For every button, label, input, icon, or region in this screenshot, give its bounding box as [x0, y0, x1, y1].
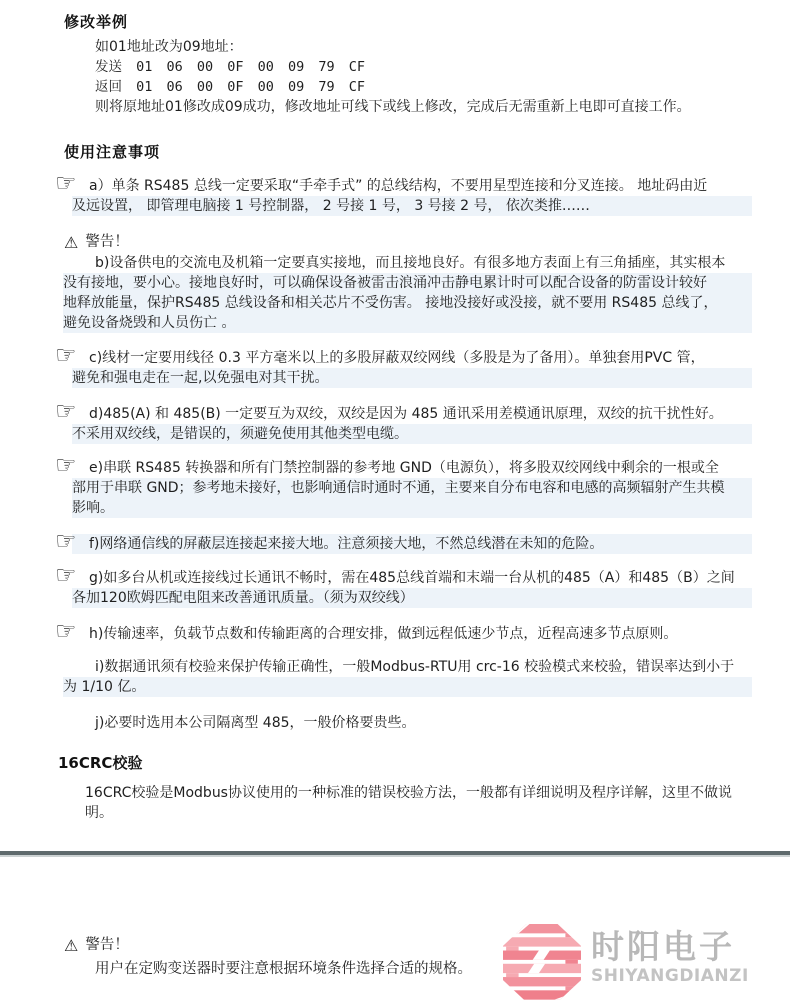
- paragraph-line: 避免和强电走在一起,以免强电对其干扰。: [72, 368, 752, 388]
- section-title-modify-example: 修改举例: [64, 12, 790, 32]
- paragraph-line: 部用于串联 GND；参考地未接好，也影响通信时通时不通，主要来自分布电容和电感的…: [72, 478, 752, 498]
- note-item-c: ☞ c)线材一定要用线径 0.3 平方毫米以上的多股屏蔽双绞网线（多股是为了备用…: [72, 348, 752, 388]
- pointing-hand-icon: ☞: [55, 620, 77, 642]
- paragraph-line: c)线材一定要用线径 0.3 平方毫米以上的多股屏蔽双绞网线（多股是为了备用）。…: [72, 348, 752, 368]
- paragraph-line: 没有接地，要小心。接地良好时，可以确保设备被雷击浪涌冲击静电累计时可以配合设备的…: [63, 273, 752, 293]
- note-item-f: ☞ f)网络通信线的屏蔽层连接起来接大地。注意须接大地，不然总线潜在未知的危险。: [72, 534, 752, 554]
- pointing-hand-icon: ☞: [55, 400, 77, 422]
- note-item-h: ☞ h)传输速率，负载节点数和传输距离的合理安排，做到远程低速少节点，近程高速多…: [72, 624, 752, 644]
- pointing-hand-icon: ☞: [55, 530, 77, 552]
- paragraph-line: 不采用双绞线，是错误的，须避免使用其他类型电缆。: [72, 424, 752, 444]
- note-item-e: ☞ e)串联 RS485 转换器和所有门禁控制器的参考地 GND（电源负），将多…: [72, 458, 752, 518]
- company-logo: 时阳电子 SHIYANGDIANZI: [503, 924, 749, 1002]
- warning-triangle-icon: ⚠: [64, 234, 78, 252]
- paragraph-line: b)设备供电的交流电及机箱一定要真实接地，而且接地良好。有很多地方表面上有三角插…: [63, 253, 752, 273]
- paragraph-line: 地释放能量，保护RS485 总线设备和相关芯片不受伤害。 接地没接好或没接，就不…: [63, 293, 752, 313]
- paragraph-line: 则将原地址01修改成09成功，修改地址可线下或线上修改，完成后无需重新上电即可直…: [95, 98, 750, 118]
- paragraph-line: 为 1/10 亿。: [63, 677, 752, 697]
- return-frame-line: 返回 01 06 00 0F 00 09 79 CF: [95, 78, 750, 98]
- modify-example-block: 如01地址改为09地址： 发送 01 06 00 0F 00 09 79 CF …: [95, 38, 750, 118]
- note-item-g: ☞ g)如多台从机或连接线过长通讯不畅时，需在485总线首端和末端一台从机的48…: [72, 568, 752, 608]
- logo-text-block: 时阳电子 SHIYANGDIANZI: [591, 924, 749, 986]
- paragraph-line: g)如多台从机或连接线过长通讯不畅时，需在485总线首端和末端一台从机的485（…: [72, 568, 752, 588]
- pointing-hand-icon: ☞: [55, 454, 77, 476]
- section-title-16crc: 16CRC校验: [58, 753, 790, 773]
- note-item-a: ☞ a）单条 RS485 总线一定要采取“手牵手式” 的总线结构，不要用星型连接…: [72, 176, 752, 216]
- warning-label: 警告！: [85, 935, 129, 956]
- logo-company-name-en: SHIYANGDIANZI: [591, 967, 749, 986]
- paragraph-line: e)串联 RS485 转换器和所有门禁控制器的参考地 GND（电源负），将多股双…: [72, 458, 752, 478]
- note-item-d: ☞ d)485(A) 和 485(B) 一定要互为双绞，双绞是因为 485 通讯…: [72, 404, 752, 444]
- paragraph-line: 避免设备烧毁和人员伤亡 。: [63, 313, 752, 333]
- warning-row: ⚠ 警告！: [64, 232, 790, 253]
- note-item-j: j)必要时选用本公司隔离型 485，一般价格要贵些。: [63, 713, 752, 733]
- paragraph-line: h)传输速率，负载节点数和传输距离的合理安排，做到远程低速少节点，近程高速多节点…: [72, 624, 752, 644]
- document-page: 修改举例 如01地址改为09地址： 发送 01 06 00 0F 00 09 7…: [0, 0, 790, 980]
- crc-paragraph: 16CRC校验是Modbus协议使用的一种标准的错误校验方法，一般都有详细说明及…: [85, 783, 752, 823]
- paragraph-line: d)485(A) 和 485(B) 一定要互为双绞，双绞是因为 485 通讯采用…: [72, 404, 752, 424]
- pointing-hand-icon: ☞: [55, 564, 77, 586]
- section-divider: [0, 851, 790, 857]
- paragraph-line: f)网络通信线的屏蔽层连接起来接大地。注意须接大地，不然总线潜在未知的危险。: [72, 534, 752, 554]
- section-title-usage-notes: 使用注意事项: [64, 142, 790, 162]
- paragraph-line: 影响。: [72, 498, 752, 518]
- warning-label: 警告！: [85, 232, 129, 253]
- note-item-b: b)设备供电的交流电及机箱一定要真实接地，而且接地良好。有很多地方表面上有三角插…: [63, 253, 752, 333]
- warning-triangle-icon: ⚠: [64, 937, 78, 955]
- paragraph-line: 各加120欧姆匹配电阻来改善通讯质量。（须为双绞线）: [72, 588, 752, 608]
- logo-s-icon: [503, 924, 581, 1002]
- note-item-i: i)数据通讯须有校验来保护传输正确性，一般Modbus-RTU用 crc-16 …: [63, 657, 752, 697]
- paragraph-line: 如01地址改为09地址：: [95, 38, 750, 58]
- logo-company-name-cn: 时阳电子: [591, 930, 749, 964]
- paragraph-line: 及远设置， 即管理电脑接 1 号控制器， 2 号接 1 号， 3 号接 2 号，…: [72, 196, 752, 216]
- send-frame-line: 发送 01 06 00 0F 00 09 79 CF: [95, 58, 750, 78]
- paragraph-line: j)必要时选用本公司隔离型 485，一般价格要贵些。: [63, 713, 752, 733]
- paragraph-line: a）单条 RS485 总线一定要采取“手牵手式” 的总线结构，不要用星型连接和分…: [72, 176, 752, 196]
- paragraph-line: i)数据通讯须有校验来保护传输正确性，一般Modbus-RTU用 crc-16 …: [63, 657, 752, 677]
- pointing-hand-icon: ☞: [55, 344, 77, 366]
- pointing-hand-icon: ☞: [55, 172, 77, 194]
